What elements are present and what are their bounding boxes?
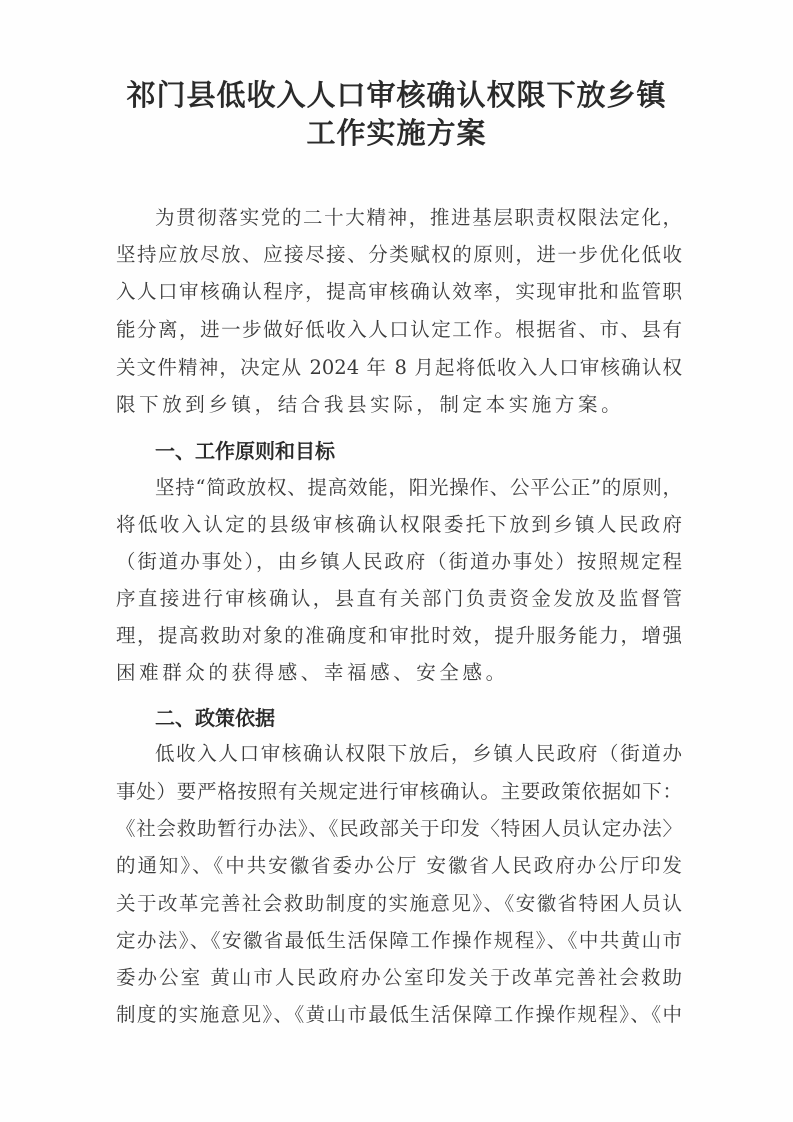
section-2-line: 的通知》、《中共安徽省委办公厅 安徽省人民政府办公厅印发 bbox=[116, 851, 682, 881]
document-title-line-1: 祁门县低收入人口审核确认权限下放乡镇 bbox=[0, 77, 793, 113]
intro-line: 能分离，进一步做好低收入人口认定工作。根据省、市、县有 bbox=[116, 315, 682, 345]
section-2-line: 事处）要严格按照有关规定进行审核确认。主要政策依据如下： bbox=[116, 777, 682, 807]
section-heading-1: 一、工作原则和目标 bbox=[155, 436, 335, 466]
section-1-line: 坚持“简政放权、提高效能，阳光操作、公平公正”的原则， bbox=[155, 473, 682, 503]
document-page: 祁门县低收入人口审核确认权限下放乡镇 工作实施方案 为贯彻落实党的二十大精神，推… bbox=[0, 0, 793, 1122]
intro-line: 限下放到乡镇，结合我县实际，制定本实施方案。 bbox=[116, 390, 682, 420]
section-1-line: （街道办事处），由乡镇人民政府（街道办事处）按照规定程 bbox=[116, 547, 682, 577]
section-2-line: 委办公室 黄山市人民政府办公室印发关于改革完善社会救助 bbox=[116, 963, 682, 993]
intro-line: 为贯彻落实党的二十大精神，推进基层职责权限法定化， bbox=[155, 203, 682, 233]
intro-line: 关文件精神，决定从 2024 年 8 月起将低收入人口审核确认权 bbox=[116, 353, 682, 383]
intro-line: 入人口审核确认程序，提高审核确认效率，实现审批和监管职 bbox=[116, 277, 682, 307]
section-2-line: 关于改革完善社会救助制度的实施意见》、《安徽省特困人员认 bbox=[116, 889, 682, 919]
section-2-line: 制度的实施意见》、《黄山市最低生活保障工作操作规程》、《中 bbox=[116, 1000, 682, 1030]
section-2-line: 《社会救助暂行办法》、《民政部关于印发〈特困人员认定办法〉 bbox=[116, 814, 682, 844]
section-1-line: 序直接进行审核确认，县直有关部门负责资金发放及监督管 bbox=[116, 584, 682, 614]
section-1-line: 将低收入认定的县级审核确认权限委托下放到乡镇人民政府 bbox=[116, 510, 682, 540]
intro-line: 坚持应放尽放、应接尽接、分类赋权的原则，进一步优化低收 bbox=[116, 240, 682, 270]
section-2-line: 低收入人口审核确认权限下放后，乡镇人民政府（街道办 bbox=[155, 739, 682, 769]
section-1-line: 困难群众的获得感、幸福感、安全感。 bbox=[116, 658, 682, 688]
section-1-line: 理，提高救助对象的准确度和审批时效，提升服务能力，增强 bbox=[116, 621, 682, 651]
document-title-line-2: 工作实施方案 bbox=[0, 115, 793, 151]
section-heading-2: 二、政策依据 bbox=[155, 703, 275, 733]
section-2-line: 定办法》、《安徽省最低生活保障工作操作规程》、《中共黄山市 bbox=[116, 926, 682, 956]
